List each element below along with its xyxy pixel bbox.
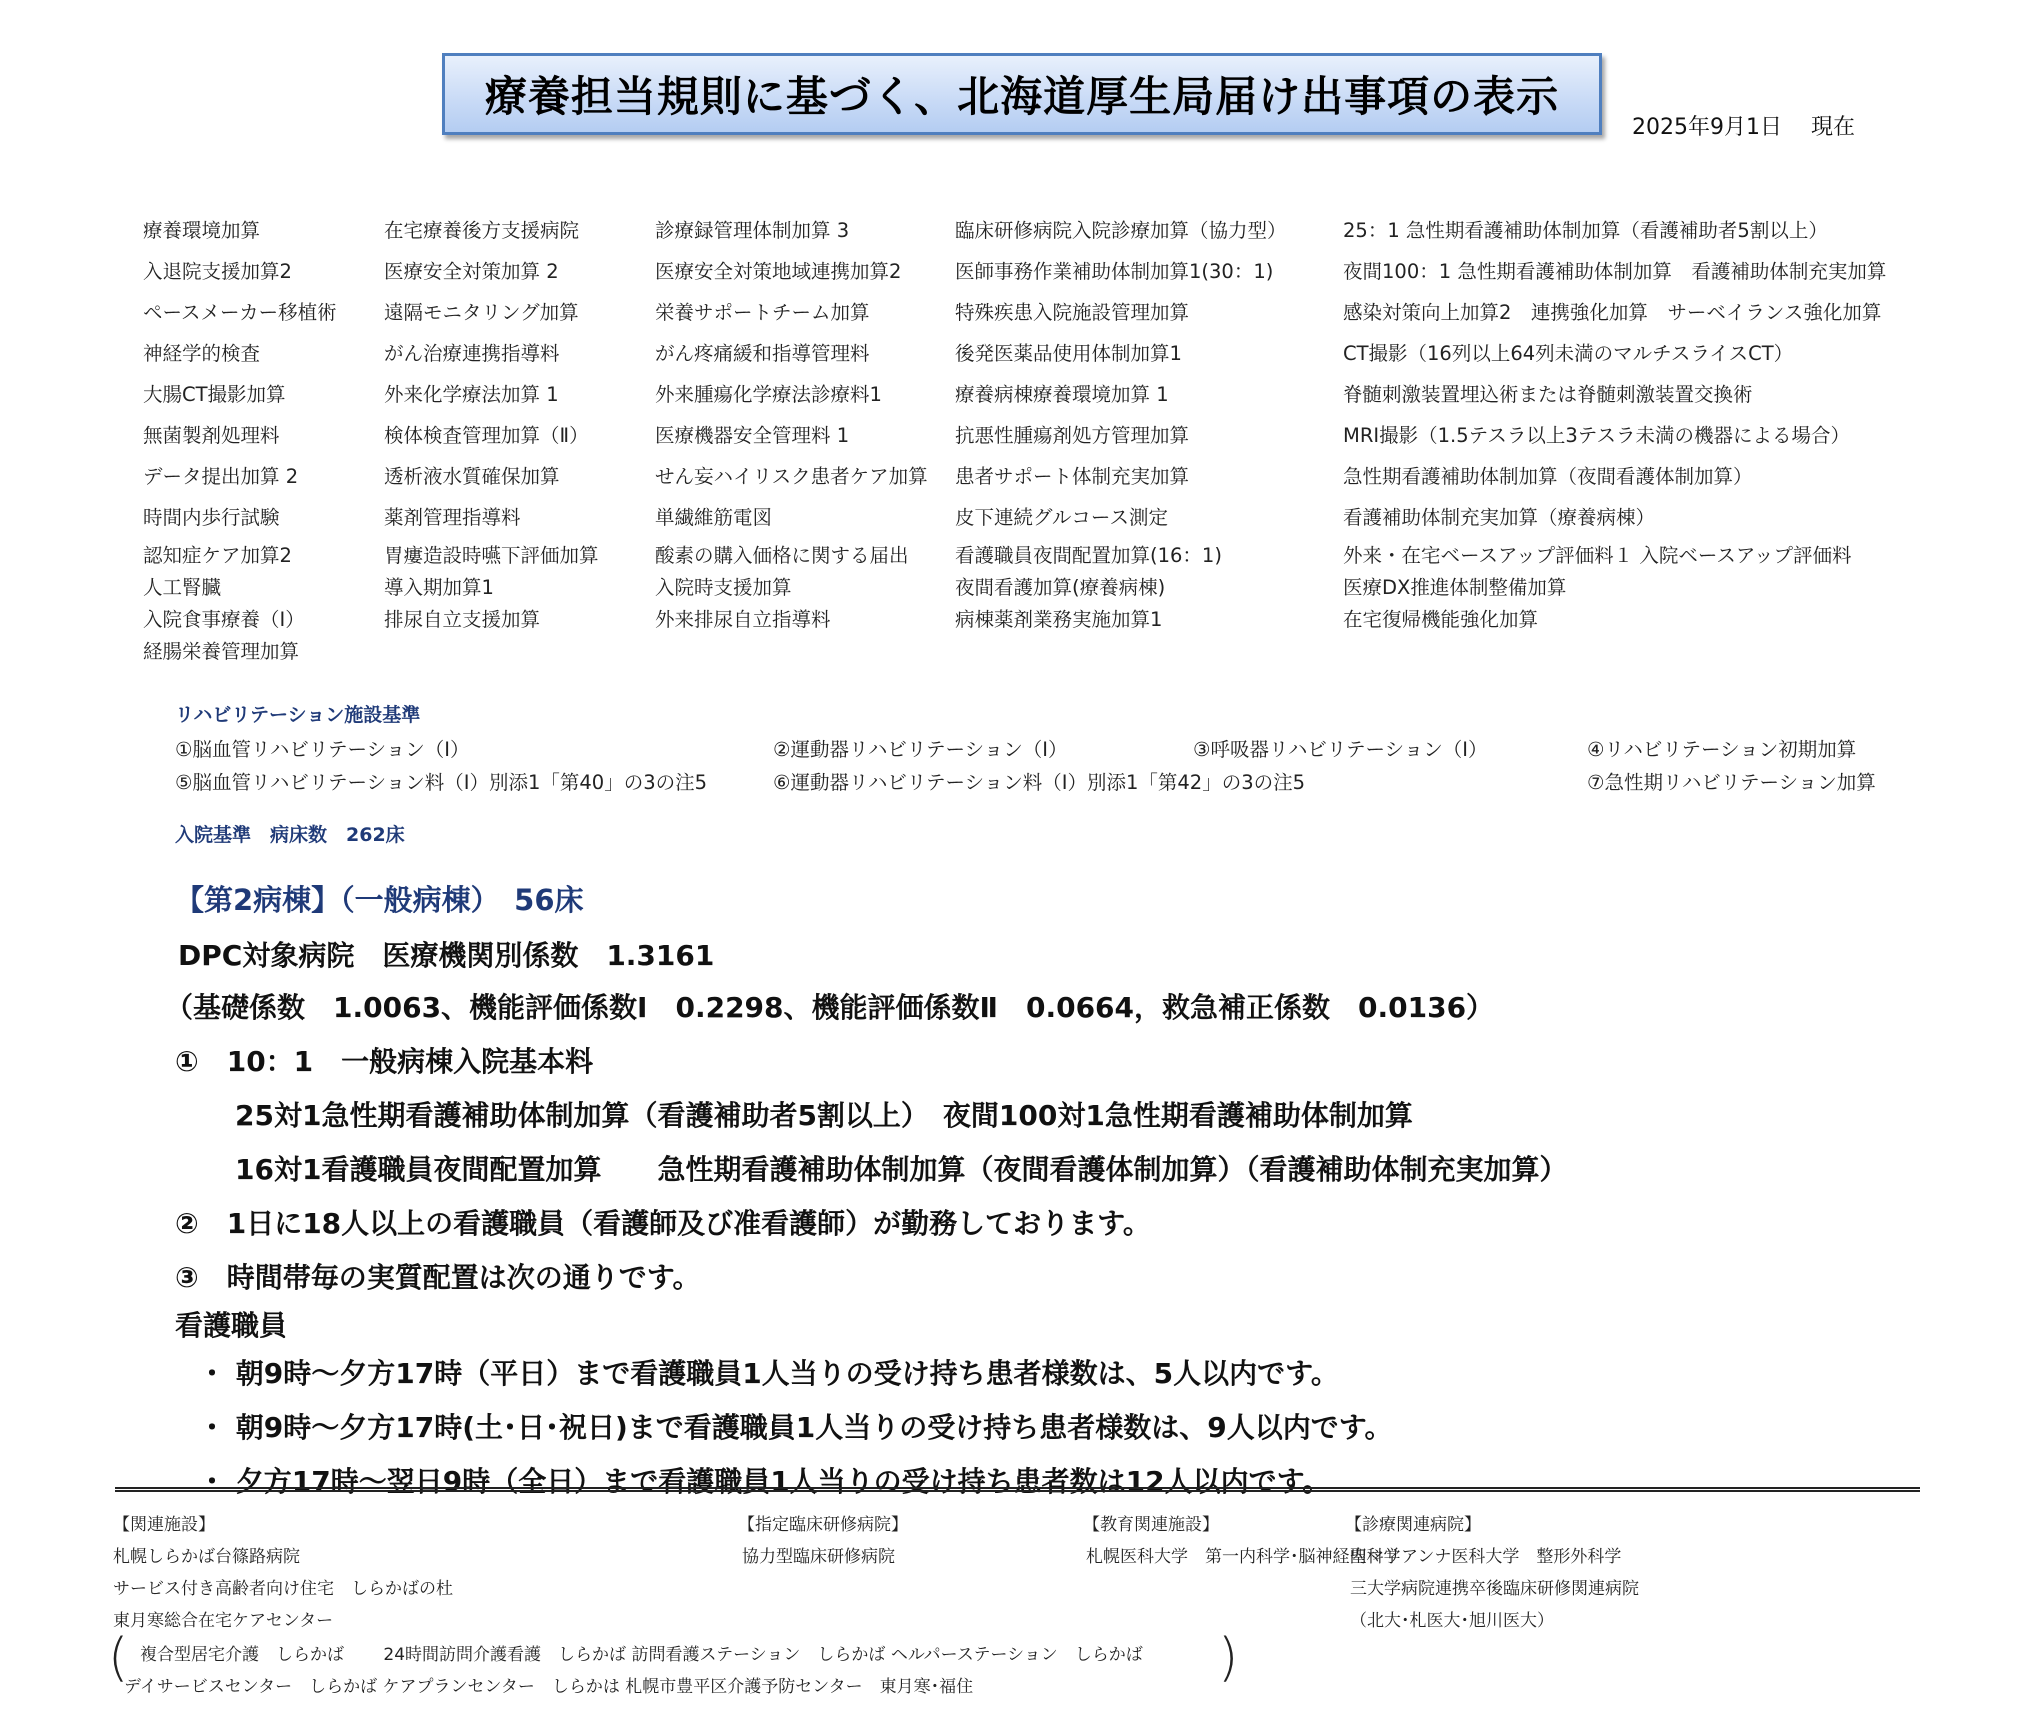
standard-item: 療養病棟療養環境加算 1 (955, 379, 1169, 407)
rehab-item: ③呼吸器リハビリテーション（Ⅰ） (1193, 734, 1487, 762)
standard-item: 皮下連続グルコース測定 (955, 502, 1168, 530)
ward-item-1-sub: 16対1看護職員夜間配置加算 急性期看護補助体制加算（夜間看護体制加算）（看護補… (235, 1148, 1567, 1188)
standard-item: 大腸CT撮影加算 (143, 379, 286, 407)
standard-item: 無菌製剤処理料 (143, 420, 280, 448)
standard-item: 検体検査管理加算（Ⅱ） (384, 420, 589, 448)
standard-item: 夜間100：1 急性期看護補助体制加算 看護補助体制充実加算 (1343, 256, 1886, 284)
standard-item: がん治療連携指導料 (384, 338, 560, 366)
standard-item: 医師事務作業補助体制加算1(30：1) (955, 256, 1273, 284)
standard-item: 療養環境加算 (143, 215, 260, 243)
standard-item: 透析液水質確保加算 (384, 461, 560, 489)
ward-item-2: ② 1日に18人以上の看護職員（看護師及び准看護師）が勤務しております。 (175, 1202, 1151, 1242)
rehab-item: ①脳血管リハビリテーション（Ⅰ） (175, 734, 469, 762)
standard-item: 入院時支援加算 (655, 572, 792, 600)
standard-item: 在宅療養後方支援病院 (384, 215, 579, 243)
standard-item: 外来化学療法加算 1 (384, 379, 559, 407)
standard-item: 医療機器安全管理料 1 (655, 420, 849, 448)
standard-item: 薬剤管理指導料 (384, 502, 521, 530)
inpatient-heading: 入院基準 病床数 262床 (175, 820, 405, 847)
standard-item: CT撮影（16列以上64列未満のマルチスライスCT） (1343, 338, 1793, 366)
staffing-bullet: ・ 朝9時～夕方17時(土･日･祝日)まで看護職員1人当りの受け持ち患者様数は、… (198, 1406, 1393, 1446)
standard-item: MRI撮影（1.5テスラ以上3テスラ未満の機器による場合） (1343, 420, 1850, 448)
dpc-coefficient: DPC対象病院 医療機関別係数 1.3161 (178, 934, 714, 974)
clinical-heading: 【診療関連病院】 (1345, 1510, 1481, 1535)
care-center-line: デイサービスセンター しらかば ケアプランセンター しらかは 札幌市豊平区介護予… (124, 1672, 973, 1697)
standard-item: 入退院支援加算2 (143, 256, 292, 284)
standard-item: 病棟薬剤業務実施加算1 (955, 604, 1162, 632)
standard-item: 時間内歩行試験 (143, 502, 280, 530)
standard-item: 神経学的検査 (143, 338, 260, 366)
rehab-item: ④リハビリテーション初期加算 (1587, 734, 1856, 762)
standard-item: 特殊疾患入院施設管理加算 (955, 297, 1189, 325)
standard-item: 急性期看護補助体制加算（夜間看護体制加算） (1343, 461, 1753, 489)
rehab-item: ⑤脳血管リハビリテーション料（Ⅰ）別添1「第40」の3の注5 (175, 767, 707, 795)
training-heading: 【指定臨床研修病院】 (738, 1510, 908, 1535)
title-banner: 療養担当規則に基づく、北海道厚生局届け出事項の表示 (442, 53, 1602, 135)
training-item: 協力型臨床研修病院 (742, 1542, 895, 1567)
standard-item: 単繊維筋電図 (655, 502, 772, 530)
standard-item: 胃瘻造設時嚥下評価加算 (384, 540, 599, 568)
standard-item: 酸素の購入価格に関する届出 (655, 540, 909, 568)
standard-item: 医療DX推進体制整備加算 (1343, 572, 1566, 600)
related-item: 東月寒総合在宅ケアセンター (113, 1606, 333, 1631)
standard-item: 臨床研修病院入院診療加算（協力型） (955, 215, 1287, 243)
standard-item: 診療録管理体制加算 3 (655, 215, 849, 243)
standard-item: データ提出加算 2 (143, 461, 298, 489)
ward-item-1: ① 10：1 一般病棟入院基本料 (175, 1040, 593, 1080)
footer-divider (115, 1487, 1920, 1492)
standard-item: せん妄ハイリスク患者ケア加算 (655, 461, 928, 489)
clinical-item: （北大･札医大･旭川医大） (1350, 1606, 1554, 1631)
standard-item: 患者サポート体制充実加算 (955, 461, 1189, 489)
standard-item: 経腸栄養管理加算 (143, 636, 299, 664)
care-center-line: 複合型居宅介護 しらかば 24時間訪問介護看護 しらかば 訪問看護ステーション … (140, 1640, 1143, 1665)
standard-item: がん疼痛緩和指導管理料 (655, 338, 870, 366)
standard-item: 医療安全対策加算 2 (384, 256, 559, 284)
clinical-item: 聖マリアンナ医科大学 整形外科学 (1350, 1542, 1621, 1567)
standard-item: 入院食事療養（Ⅰ） (143, 604, 305, 632)
standard-item: ペースメーカー移植術 (143, 297, 337, 325)
staffing-bullet: ・ 朝9時～夕方17時（平日）まで看護職員1人当りの受け持ち患者様数は、5人以内… (198, 1352, 1339, 1392)
standard-item: 抗悪性腫瘍剤処方管理加算 (955, 420, 1189, 448)
standard-item: 外来排尿自立指導料 (655, 604, 831, 632)
standard-item: 夜間看護加算(療養病棟) (955, 572, 1165, 600)
standard-item: 後発医薬品使用体制加算1 (955, 338, 1182, 366)
standard-item: 外来腫瘍化学療法診療料1 (655, 379, 882, 407)
rehab-heading: リハビリテーション施設基準 (175, 700, 420, 727)
related-item: サービス付き高齢者向け住宅 しらかばの杜 (113, 1574, 453, 1599)
standard-item: 医療安全対策地域連携加算2 (655, 256, 901, 284)
as-of-date: 2025年9月1日 現在 (1632, 110, 1855, 141)
standard-item: 遠隔モニタリング加算 (384, 297, 579, 325)
standard-item: 看護職員夜間配置加算(16：1) (955, 540, 1222, 568)
standard-item: 外来・在宅ベースアップ評価料１ 入院ベースアップ評価料 (1343, 540, 1852, 568)
standard-item: 栄養サポートチーム加算 (655, 297, 870, 325)
standard-item: 認知症ケア加算2 (143, 540, 292, 568)
standard-item: 人工腎臓 (143, 572, 221, 600)
coefficient-breakdown: （基礎係数 1.0063、機能評価係数Ⅰ 0.2298、機能評価係数Ⅱ 0.06… (165, 986, 1494, 1026)
standard-item: 25：1 急性期看護補助体制加算（看護補助者5割以上） (1343, 215, 1828, 243)
ward-item-3: ③ 時間帯毎の実質配置は次の通りです。 (175, 1256, 700, 1296)
page-title: 療養担当規則に基づく、北海道厚生局届け出事項の表示 (485, 64, 1559, 124)
standard-item: 導入期加算1 (384, 572, 494, 600)
ward-item-1-sub: 25対1急性期看護補助体制加算（看護補助者5割以上） 夜間100対1急性期看護補… (235, 1094, 1413, 1134)
staffing-bullet: ・ 夕方17時～翌日9時（全日）まで看護職員1人当りの受け持ち患者数は12人以内… (198, 1460, 1330, 1500)
ward-title: 【第2病棟】（一般病棟） 56床 (175, 878, 584, 919)
standard-item: 看護補助体制充実加算（療養病棟） (1343, 502, 1655, 530)
standard-item: 排尿自立支援加算 (384, 604, 540, 632)
standard-item: 脊髄刺激装置埋込術または脊髄刺激装置交換術 (1343, 379, 1753, 407)
related-item: 札幌しらかば台篠路病院 (113, 1542, 300, 1567)
standard-item: 在宅復帰機能強化加算 (1343, 604, 1538, 632)
rehab-item: ⑥運動器リハビリテーション料（Ⅰ）別添1「第42」の3の注5 (773, 767, 1305, 795)
close-paren: ) (1218, 1628, 1238, 1688)
rehab-item: ⑦急性期リハビリテーション加算 (1587, 767, 1876, 795)
related-heading: 【関連施設】 (113, 1510, 215, 1535)
education-heading: 【教育関連施設】 (1083, 1510, 1219, 1535)
rehab-item: ②運動器リハビリテーション（Ⅰ） (773, 734, 1067, 762)
clinical-item: 三大学病院連携卒後臨床研修関連病院 (1350, 1574, 1639, 1599)
staff-label: 看護職員 (175, 1304, 287, 1344)
standard-item: 感染対策向上加算2 連携強化加算 サーベイランス強化加算 (1343, 297, 1881, 325)
